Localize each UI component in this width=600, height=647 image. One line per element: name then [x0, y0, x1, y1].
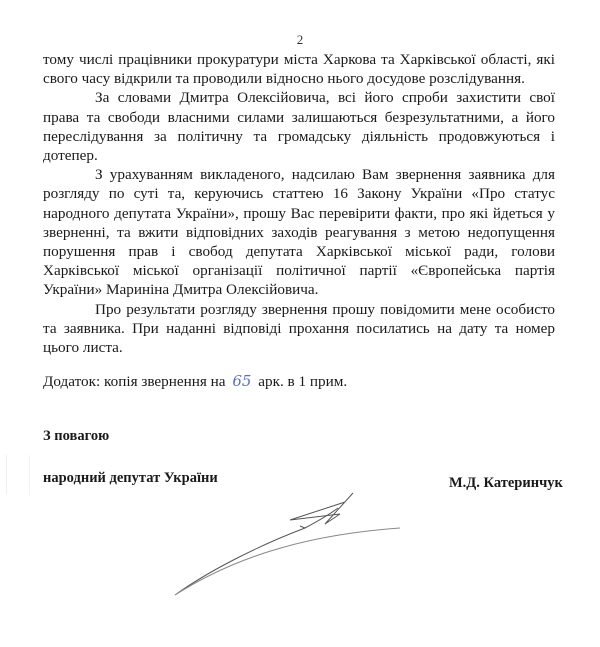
signatory-name: М.Д. Катеринчук	[449, 475, 563, 492]
paragraph: З урахуванням викладеного, надсилаю Вам …	[43, 165, 555, 299]
closing-salutation: З повагою	[43, 428, 109, 445]
attachment-prefix: Додаток: копія звернення на	[43, 373, 226, 390]
attachment-suffix: арк. в 1 прим.	[258, 373, 347, 390]
paragraph: За словами Дмитра Олексійовича, всі його…	[43, 88, 555, 165]
paragraph: тому числі працівники прокуратури міста …	[43, 50, 555, 88]
handwritten-signature-icon	[170, 490, 420, 620]
faint-margin-mark	[6, 455, 30, 495]
attachment-line: Додаток: копія звернення на 65 арк. в 1 …	[43, 372, 347, 391]
letter-body: тому числі працівники прокуратури міста …	[43, 50, 555, 357]
signatory-title: народний депутат України	[43, 470, 218, 487]
page-number: 2	[0, 32, 600, 48]
paragraph: Про результати розгляду звернення прошу …	[43, 300, 555, 358]
handwritten-sheet-count: 65	[229, 372, 254, 390]
